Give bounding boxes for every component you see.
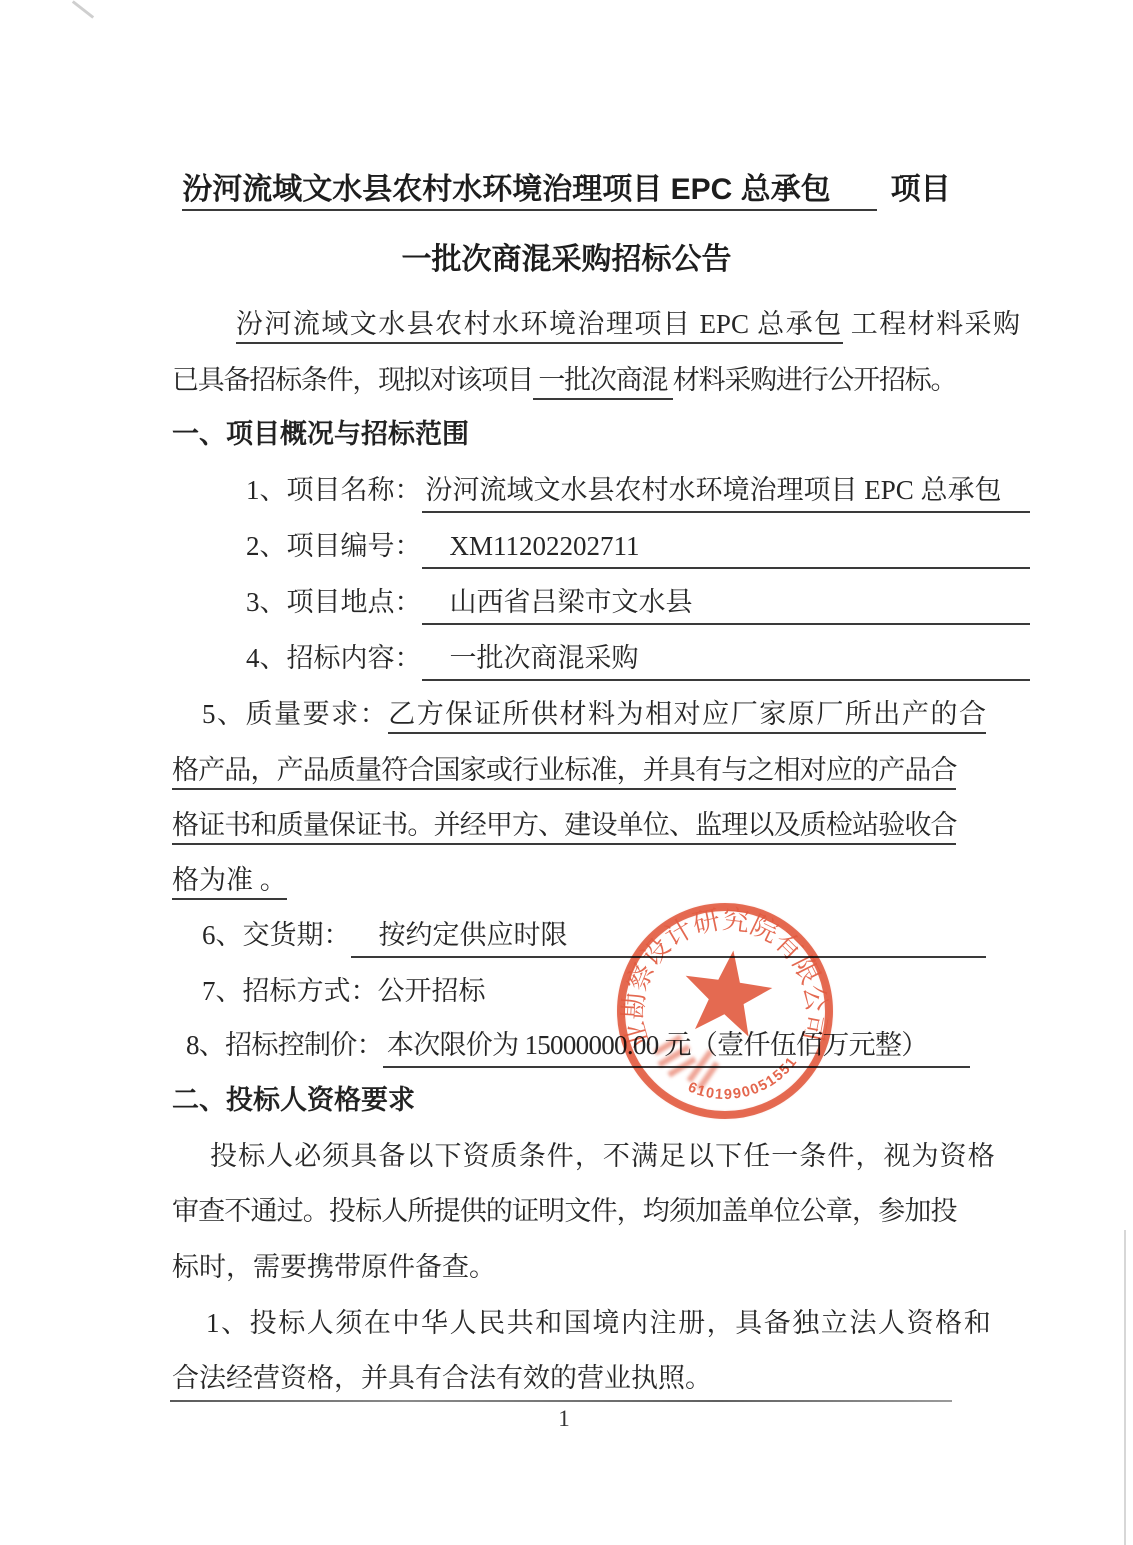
intro-line2-pre: 已具备招标条件，现拟对该项目 bbox=[172, 365, 533, 395]
item-quality-value-line4: 格为准 。 bbox=[172, 865, 287, 900]
item-quality-line2: 格产品，产品质量符合国家或行业标准，并具有与之相对应的产品合 bbox=[172, 752, 956, 788]
item-quality-line4: 格为准 。 bbox=[172, 862, 956, 898]
item-project-code-label: 2、项目编号： bbox=[246, 528, 422, 564]
scan-edge-artifact bbox=[1124, 1230, 1126, 1545]
section1-heading: 一、项目概况与招标范围 bbox=[172, 416, 956, 452]
item-price-limit-value: 本次限价为 15000000.00 元（壹仟伍佰万元整） bbox=[383, 1027, 970, 1068]
section2-para-line3: 标时，需要携带原件备查。 bbox=[172, 1249, 956, 1285]
footer-divider bbox=[170, 1400, 952, 1402]
intro-project-name-underlined: 汾河流域文水县农村水环境治理项目 EPC 总承包 bbox=[236, 309, 843, 344]
item-project-name-value: 汾河流域文水县农村水环境治理项目 EPC 总承包 bbox=[422, 472, 1031, 513]
intro-batch-underlined: 一批次商混 bbox=[533, 365, 673, 400]
item-project-name-label: 1、项目名称： bbox=[246, 472, 422, 508]
item-price-limit-label: 8、招标控制价： bbox=[186, 1027, 383, 1063]
intro-line2: 已具备招标条件，现拟对该项目 一批次商混 材料采购进行公开招标。 bbox=[172, 362, 956, 398]
item-tender-content-label: 4、招标内容： bbox=[246, 640, 422, 676]
section2-item1-line1: 1、投标人须在中华人民共和国境内注册，具备独立法人资格和 bbox=[172, 1305, 990, 1341]
section2-item1-line2: 合法经营资格，并具有合法有效的营业执照。 bbox=[172, 1360, 956, 1396]
intro-line2-post: 材料采购进行公开招标。 bbox=[673, 365, 956, 395]
item-quality-value-line1: 乙方保证所供材料为相对应厂家原厂所出产的合 bbox=[388, 699, 986, 734]
page-number: 1 bbox=[172, 1406, 956, 1432]
item-project-code: 2、项目编号：XM11202202711 bbox=[172, 528, 1030, 569]
item-method-value: 公开招标 bbox=[378, 976, 486, 1006]
document-page: 汾河流域文水县农村水环境治理项目 EPC 总承包项目 一批次商混采购招标公告 汾… bbox=[0, 0, 1133, 1545]
intro-line1: 汾河流域文水县农村水环境治理项目 EPC 总承包 工程材料采购 bbox=[172, 306, 1020, 342]
title-underlined-part: 汾河流域文水县农村水环境治理项目 EPC 总承包 bbox=[182, 173, 876, 211]
title-suffix: 项目 bbox=[891, 173, 951, 206]
scan-corner-artifact bbox=[72, 0, 94, 18]
section2-para-line2: 审查不通过。投标人所提供的证明文件，均须加盖单位公章，参加投 bbox=[172, 1193, 956, 1229]
item-delivery: 6、交货期：按约定供应时限 bbox=[172, 917, 986, 958]
item-quality-value-line3: 格证书和质量保证书。并经甲方、建设单位、监理以及质检站验收合 bbox=[172, 810, 956, 845]
item-tender-content: 4、招标内容：一批次商混采购 bbox=[172, 640, 1030, 681]
item-project-location: 3、项目地点：山西省吕梁市文水县 bbox=[172, 584, 1030, 625]
item-delivery-value: 按约定供应时限 bbox=[351, 917, 987, 958]
item-method: 7、招标方式：公开招标 bbox=[172, 973, 986, 1009]
item-quality-line3: 格证书和质量保证书。并经甲方、建设单位、监理以及质检站验收合 bbox=[172, 807, 956, 843]
item-delivery-label: 6、交货期： bbox=[202, 917, 351, 953]
document-title-line2: 一批次商混采购招标公告 bbox=[0, 242, 1133, 278]
item-method-label: 7、招标方式： bbox=[202, 976, 378, 1006]
document-title-line1: 汾河流域文水县农村水环境治理项目 EPC 总承包项目 bbox=[0, 172, 1133, 208]
section2-para-line1: 投标人必须具备以下资质条件，不满足以下任一条件，视为资格 bbox=[172, 1138, 994, 1174]
item-project-location-label: 3、项目地点： bbox=[246, 584, 422, 620]
item-tender-content-value: 一批次商混采购 bbox=[422, 640, 1031, 681]
section2-heading: 二、投标人资格要求 bbox=[172, 1082, 956, 1118]
item-project-name: 1、项目名称：汾河流域文水县农村水环境治理项目 EPC 总承包 bbox=[172, 472, 1030, 513]
item-project-code-value: XM11202202711 bbox=[422, 528, 1031, 569]
item-price-limit: 8、招标控制价：本次限价为 15000000.00 元（壹仟伍佰万元整） bbox=[172, 1027, 970, 1068]
item-quality-line1: 5、质量要求：乙方保证所供材料为相对应厂家原厂所出产的合 bbox=[172, 696, 986, 732]
item-quality-label: 5、质量要求： bbox=[202, 699, 388, 729]
item-quality-value-line2: 格产品，产品质量符合国家或行业标准，并具有与之相对应的产品合 bbox=[172, 755, 956, 790]
item-project-location-value: 山西省吕梁市文水县 bbox=[422, 584, 1031, 625]
intro-line1-rest: 工程材料采购 bbox=[843, 309, 1020, 339]
